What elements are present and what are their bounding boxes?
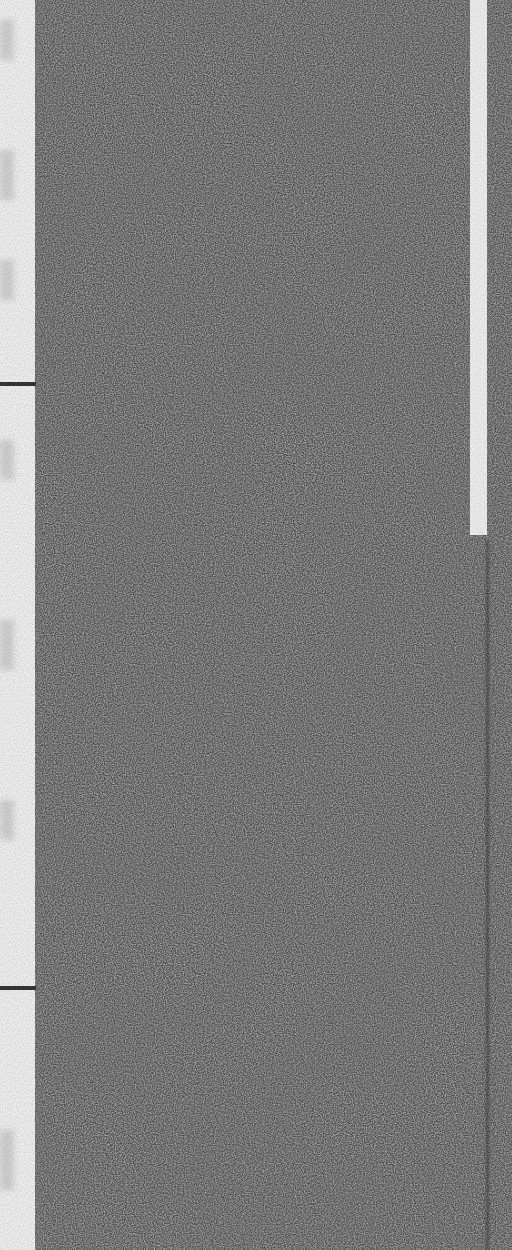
line-wear-mark <box>0 1130 14 1190</box>
road-surface-photo <box>0 0 512 1250</box>
pavement-seam <box>486 540 489 1250</box>
line-wear-mark <box>0 150 14 200</box>
line-wear-mark <box>0 800 14 840</box>
line-wear-mark <box>0 20 14 60</box>
line-wear-mark <box>0 620 14 670</box>
asphalt-texture <box>0 0 512 1250</box>
line-wear-mark <box>0 260 14 300</box>
lane-marking-dash <box>470 0 487 535</box>
transverse-crack <box>0 986 36 990</box>
transverse-crack <box>0 382 36 386</box>
line-wear-mark <box>0 440 14 480</box>
solid-edge-line <box>0 0 35 1250</box>
